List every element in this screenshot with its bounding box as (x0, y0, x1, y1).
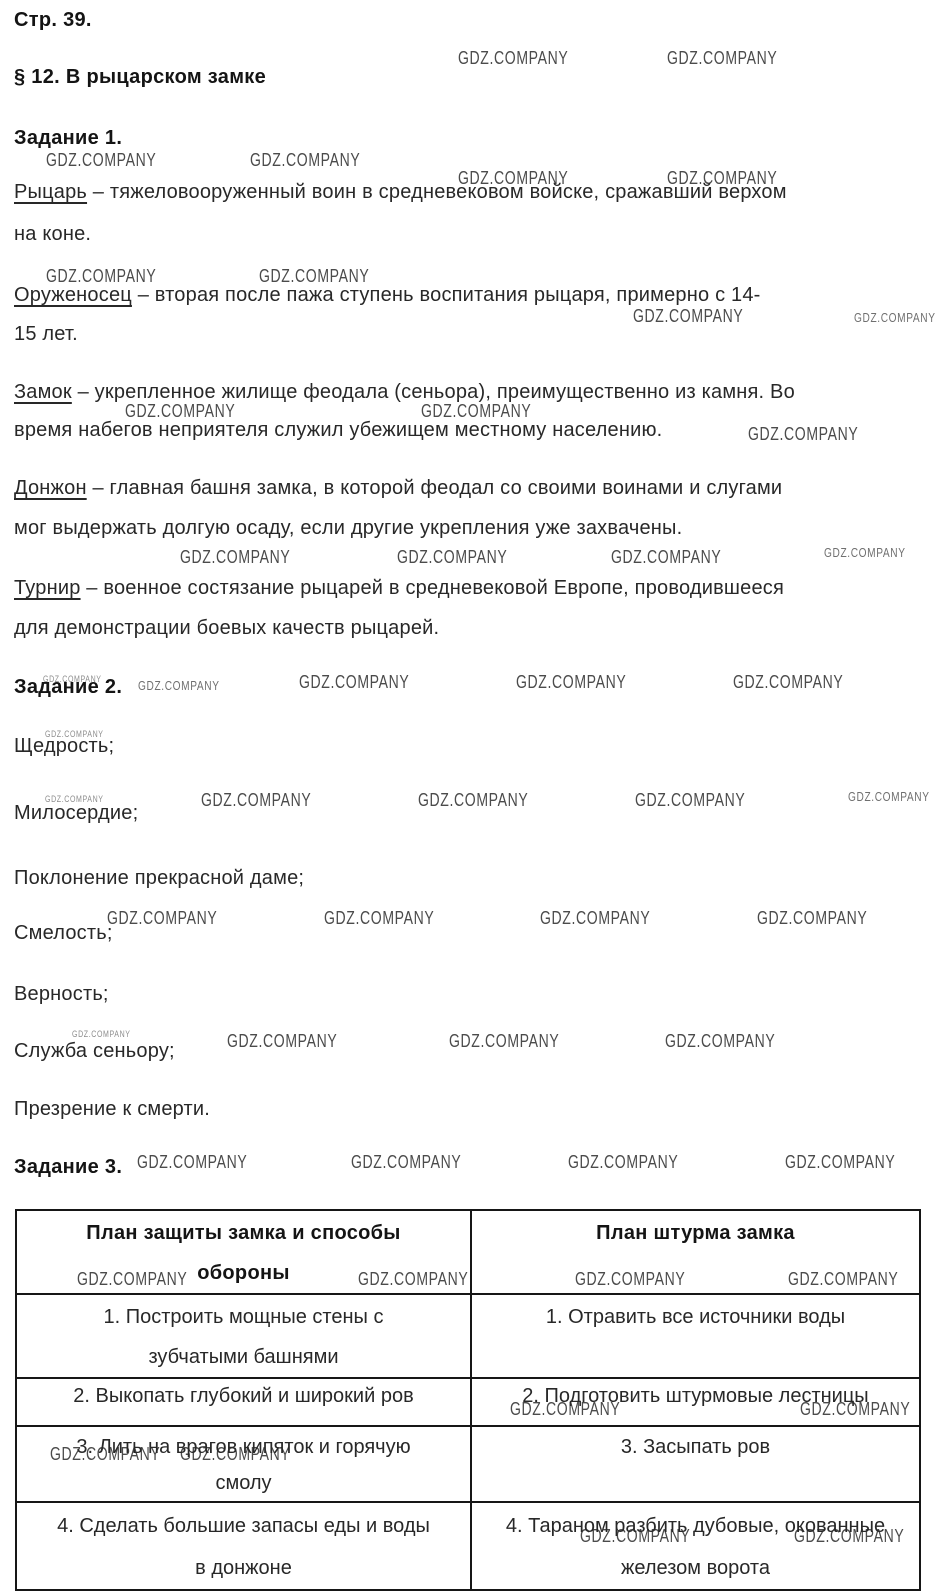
table-header-defense: План защиты замка и способы обороны (16, 1210, 471, 1294)
watermark-text: GDZ.COMPANY (516, 672, 626, 693)
assault-cell-2: 2. Подготовить штурмовые лестницы (471, 1378, 920, 1426)
defense-cell-3: 3. Лить на врагов кипяток и горячую смол… (16, 1426, 471, 1502)
definition-term: Оруженосец (14, 284, 132, 306)
definition-term: Донжон (14, 477, 87, 499)
watermark-text: GDZ.COMPANY (635, 790, 745, 811)
definition-text: – укрепленное жилище феодала (сеньора), … (72, 381, 795, 403)
definition-1-line-1: Рыцарь – тяжеловооруженный воин в средне… (14, 179, 787, 205)
definition-term: Замок (14, 381, 72, 403)
definition-5-line-2: для демонстрации боевых качеств рыцарей. (14, 615, 439, 641)
task2-item-4: Смелость; (14, 920, 113, 946)
watermark-text: GDZ.COMPANY (540, 908, 650, 929)
definition-term: Турнир (14, 577, 81, 599)
watermark-text: GDZ.COMPANY (107, 908, 217, 929)
watermark-text: GDZ.COMPANY (351, 1152, 461, 1173)
task-2-title: Задание 2. (14, 674, 122, 700)
definition-4-line-1: Донжон – главная башня замка, в которой … (14, 475, 782, 501)
watermark-text: GDZ.COMPANY (568, 1152, 678, 1173)
watermark-text: GDZ.COMPANY (854, 310, 936, 325)
task2-item-7: Презрение к смерти. (14, 1096, 210, 1122)
definition-3-line-2: время набегов неприятеля служил убежищем… (14, 417, 662, 443)
watermark-text: GDZ.COMPANY (137, 1152, 247, 1173)
definition-1-line-2: на коне. (14, 221, 91, 247)
assault-cell-3: 3. Засыпать ров (471, 1426, 920, 1502)
table-header-assault: План штурма замка (471, 1210, 920, 1294)
watermark-text: GDZ.COMPANY (633, 306, 743, 327)
assault-cell-4: 4. Тараном разбить дубовые, окованные же… (471, 1502, 920, 1590)
watermark-text: GDZ.COMPANY (418, 790, 528, 811)
watermark-text: GDZ.COMPANY (449, 1031, 559, 1052)
worksheet-page: GDZ.COMPANYGDZ.COMPANYGDZ.COMPANYGDZ.COM… (0, 0, 941, 1595)
watermark-text: GDZ.COMPANY (458, 48, 568, 69)
definition-term: Рыцарь (14, 181, 87, 203)
watermark-text: GDZ.COMPANY (397, 547, 507, 568)
definition-text: – главная башня замка, в которой феодал … (87, 477, 783, 499)
watermark-text: GDZ.COMPANY (665, 1031, 775, 1052)
task2-item-3: Поклонение прекрасной даме; (14, 865, 304, 891)
watermark-text: GDZ.COMPANY (611, 547, 721, 568)
watermark-text: GDZ.COMPANY (180, 547, 290, 568)
definition-text: – тяжеловооруженный воин в средневековом… (87, 181, 787, 203)
definition-2-line-1: Оруженосец – вторая после пажа ступень в… (14, 282, 761, 308)
task2-item-1: Щедрость; (14, 733, 114, 759)
watermark-text: GDZ.COMPANY (748, 424, 858, 445)
watermark-text: GDZ.COMPANY (667, 48, 777, 69)
definition-4-line-2: мог выдержать долгую осаду, если другие … (14, 515, 682, 541)
task2-item-5: Верность; (14, 981, 109, 1007)
section-title: § 12. В рыцарском замке (14, 64, 266, 90)
task-3-title: Задание 3. (14, 1154, 122, 1180)
table-row: 4. Сделать большие запасы еды и воды в д… (16, 1502, 920, 1590)
watermark-text: GDZ.COMPANY (250, 150, 360, 171)
page-number: Стр. 39. (14, 7, 92, 33)
watermark-text: GDZ.COMPANY (201, 790, 311, 811)
watermark-text: GDZ.COMPANY (733, 672, 843, 693)
watermark-text: GDZ.COMPANY (824, 545, 906, 560)
task2-item-6: Служба сеньору; (14, 1038, 175, 1064)
definition-5-line-1: Турнир – военное состязание рыцарей в ср… (14, 575, 784, 601)
watermark-text: GDZ.COMPANY (785, 1152, 895, 1173)
table-row: 3. Лить на врагов кипяток и горячую смол… (16, 1426, 920, 1502)
assault-cell-1: 1. Отравить все источники воды (471, 1294, 920, 1378)
definition-3-line-1: Замок – укрепленное жилище феодала (сень… (14, 379, 795, 405)
watermark-text: GDZ.COMPANY (848, 789, 930, 804)
defense-cell-2: 2. Выкопать глубокий и широкий ров (16, 1378, 471, 1426)
defense-cell-1: 1. Построить мощные стены с зубчатыми ба… (16, 1294, 471, 1378)
watermark-text: GDZ.COMPANY (299, 672, 409, 693)
watermark-text: GDZ.COMPANY (757, 908, 867, 929)
table-header-row: План защиты замка и способы обороны План… (16, 1210, 920, 1294)
defense-assault-table: План защиты замка и способы обороны План… (15, 1209, 921, 1591)
watermark-text: GDZ.COMPANY (138, 678, 220, 693)
task2-item-2: Милосердие; (14, 800, 138, 826)
definition-text: – вторая после пажа ступень воспитания р… (132, 284, 761, 306)
watermark-text: GDZ.COMPANY (324, 908, 434, 929)
watermark-text: GDZ.COMPANY (227, 1031, 337, 1052)
table-row: 1. Построить мощные стены с зубчатыми ба… (16, 1294, 920, 1378)
definition-2-line-2: 15 лет. (14, 321, 78, 347)
table-row: 2. Выкопать глубокий и широкий ров 2. По… (16, 1378, 920, 1426)
defense-cell-4: 4. Сделать большие запасы еды и воды в д… (16, 1502, 471, 1590)
task-1-title: Задание 1. (14, 125, 122, 151)
definition-text: – военное состязание рыцарей в средневек… (81, 577, 784, 599)
watermark-text: GDZ.COMPANY (46, 150, 156, 171)
